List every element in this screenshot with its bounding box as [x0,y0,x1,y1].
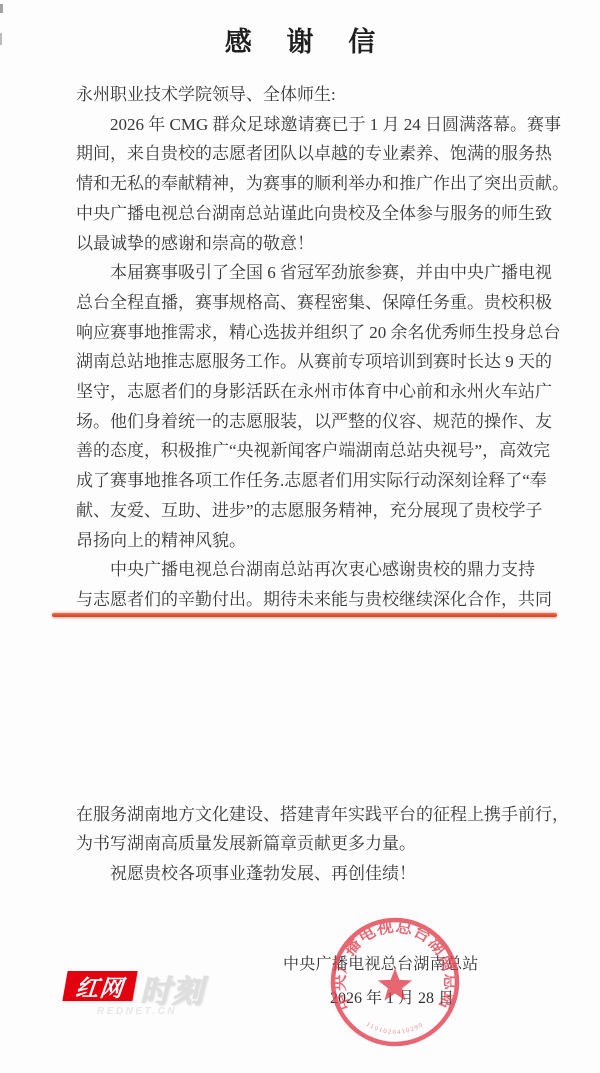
letter-line: 响应赛事地推需求，精心选拔并组织了 20 余名优秀师生投身总台 [76,318,538,348]
rednet-watermark-logo: 红网 时刻 REDNET.CN [63,966,213,1022]
letter-line: 场。他们身着统一的志愿服装，以严整的仪容、规范的操作、友 [76,407,538,437]
letter-paragraph-2: 本届赛事吸引了全国 6 省冠军劲旅参赛，并由中央广播电视总台全程直播，赛事规格高… [76,258,538,555]
letter-line: 以最诚挚的感谢和崇高的敬意！ [76,229,538,259]
official-red-seal: 中央广播电视总台湖南总站 1101020410290 [327,914,463,1050]
letter-date: 2026 年 1 月 28 日 [330,984,454,1014]
letter-line: 与志愿者们的辛勤付出。期待未来能与贵校继续深化合作，共同 [76,585,538,615]
letter-body: 永州职业技术学院领导、全体师生: 2026 年 CMG 群众足球邀请赛已于 1 … [76,80,538,615]
letter-scan-page: 感 谢 信 永州职业技术学院领导、全体师生: 2026 年 CMG 群众足球邀请… [0,0,600,1073]
rednet-logo-cn: 红网 [74,970,126,1003]
rednet-logo-cn2: 时刻 [140,966,204,1011]
letter-signature: 中央广播电视总台湖南总站 [283,950,479,980]
letter-line: 昂扬向上的精神风貌。 [76,526,538,556]
letter-line: 坚守，志愿者们的身影活跃在永州市体育中心前和永州火车站广 [76,377,538,407]
letter-closing: 在服务湖南地方文化建设、搭建青年实践平台的征程上携手前行，为书写湖南高质量发展新… [76,800,546,888]
seal-serial-number: 1101020410290 [365,1021,425,1036]
letter-line: 献、友爱、互助、进步”的志愿服务精神，充分展现了贵校学子 [76,496,538,526]
letter-line: 善的态度，积极推广“央视新闻客户端湖南总站央视号”，高效完 [76,436,538,466]
letter-title: 感 谢 信 [0,20,600,59]
scan-edge-artifact [0,4,3,13]
rednet-logo-en: REDNET.CN [97,1006,177,1017]
red-highlight-underline [52,613,557,617]
letter-line: 2026 年 CMG 群众足球邀请赛已于 1 月 24 日圆满落幕。赛事 [76,110,538,140]
letter-line: 情和无私的奉献精神，为赛事的顺利举办和推广作出了突出贡献。 [76,169,538,199]
letter-line: 成了赛事地推各项工作任务.志愿者们用实际行动深刻诠释了“奉 [76,466,538,496]
letter-line: 中央广播电视总台湖南总站谨此向贵校及全体参与服务的师生致 [76,199,538,229]
letter-paragraph-3: 中央广播电视总台湖南总站再次衷心感谢贵校的鼎力支持与志愿者们的辛勤付出。期待未来… [76,555,538,614]
rednet-logo-red-box: 红网 [62,971,137,1001]
letter-line: 期间，来自贵校的志愿者团队以卓越的专业素养、饱满的服务热 [76,139,538,169]
letter-line: 在服务湖南地方文化建设、搭建青年实践平台的征程上携手前行， [76,800,546,829]
letter-salutation: 永州职业技术学院领导、全体师生: [76,80,538,110]
letter-line: 总台全程直播，赛事规格高、赛程密集、保障任务重。贵校积极 [76,288,538,318]
seal-ring [333,920,457,1044]
letter-line: 本届赛事吸引了全国 6 省冠军劲旅参赛，并由中央广播电视 [76,258,538,288]
letter-line: 祝愿贵校各项事业蓬勃发展、再创佳绩！ [76,859,546,888]
letter-line: 为书写湖南高质量发展新篇章贡献更多力量。 [76,829,546,858]
letter-line: 湖南总站地推志愿服务工作。从赛前专项培训到赛时长达 9 天的 [76,347,538,377]
letter-paragraph-1: 2026 年 CMG 群众足球邀请赛已于 1 月 24 日圆满落幕。赛事期间，来… [76,110,538,259]
letter-line: 中央广播电视总台湖南总站再次衷心感谢贵校的鼎力支持 [76,555,538,585]
svg-text:1101020410290: 1101020410290 [365,1021,425,1036]
